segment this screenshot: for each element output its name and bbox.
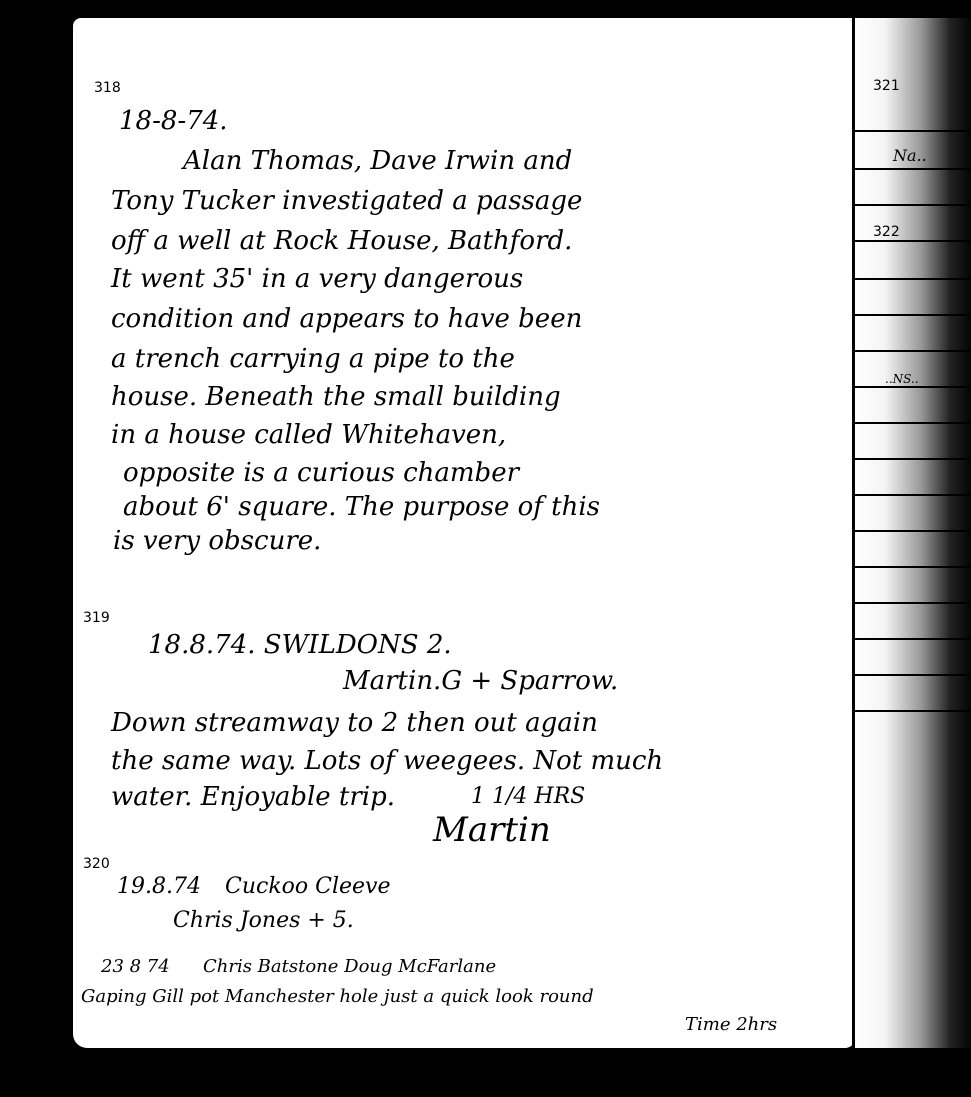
entry-319-header: 18.8.74. SWILDONS 2. [148,630,452,660]
next-page-entry-number: 322 [873,224,900,240]
entry-319-line: Down streamway to 2 then out again [111,708,598,738]
entry-number-320: 320 [83,856,110,872]
entry-318-date: 18-8-74. [119,106,228,136]
entry-320-date: 19.8.74 [117,874,201,899]
entry-318-line: opposite is a curious chamber [123,458,519,488]
entry-line: Gaping Gill pot Manchester hole just a q… [81,986,594,1007]
entry-318-line: a trench carrying a pipe to the [111,344,515,374]
next-page-entry-number: 321 [873,78,900,94]
entry-319-party: Martin.G + Sparrow. [343,666,618,696]
entry-party: Chris Batstone Doug McFarlane [203,956,496,977]
entry-318-line: Tony Tucker investigated a passage [111,186,582,216]
entry-320-party: Chris Jones + 5. [173,908,354,933]
next-page-fragment: ..NS.. [885,372,919,386]
entry-318-line: condition and appears to have been [111,304,582,334]
entry-320-cave: Cuckoo Cleeve [225,874,391,899]
entry-319-signature: Martin [433,810,551,850]
entry-number-319: 319 [83,610,110,626]
entry-319-duration: 1 1/4 HRS [471,784,585,809]
entry-319-line: the same way. Lots of weegees. Not much [111,746,663,776]
entry-number-318: 318 [94,80,121,96]
entry-date: 23 8 74 [101,956,170,977]
entry-318-line: is very obscure. [113,526,321,556]
logbook-page: 318 18-8-74. Alan Thomas, Dave Irwin and… [73,18,855,1048]
entry-319-line: water. Enjoyable trip. [111,782,395,812]
entry-318-line: in a house called Whitehaven, [111,420,506,450]
entry-318-line: Alan Thomas, Dave Irwin and [183,146,572,176]
entry-duration: Time 2hrs [685,1014,777,1035]
next-page-fragment: Na.. [893,146,927,165]
entry-318-line: It went 35' in a very dangerous [111,264,523,294]
entry-318-line: about 6' square. The purpose of this [123,492,600,522]
entry-318-line: house. Beneath the small building [111,382,561,412]
next-page-edge: 321 322 Na.. ..NS.. [852,18,971,1048]
entry-318-line: off a well at Rock House, Bathford. [111,226,572,256]
